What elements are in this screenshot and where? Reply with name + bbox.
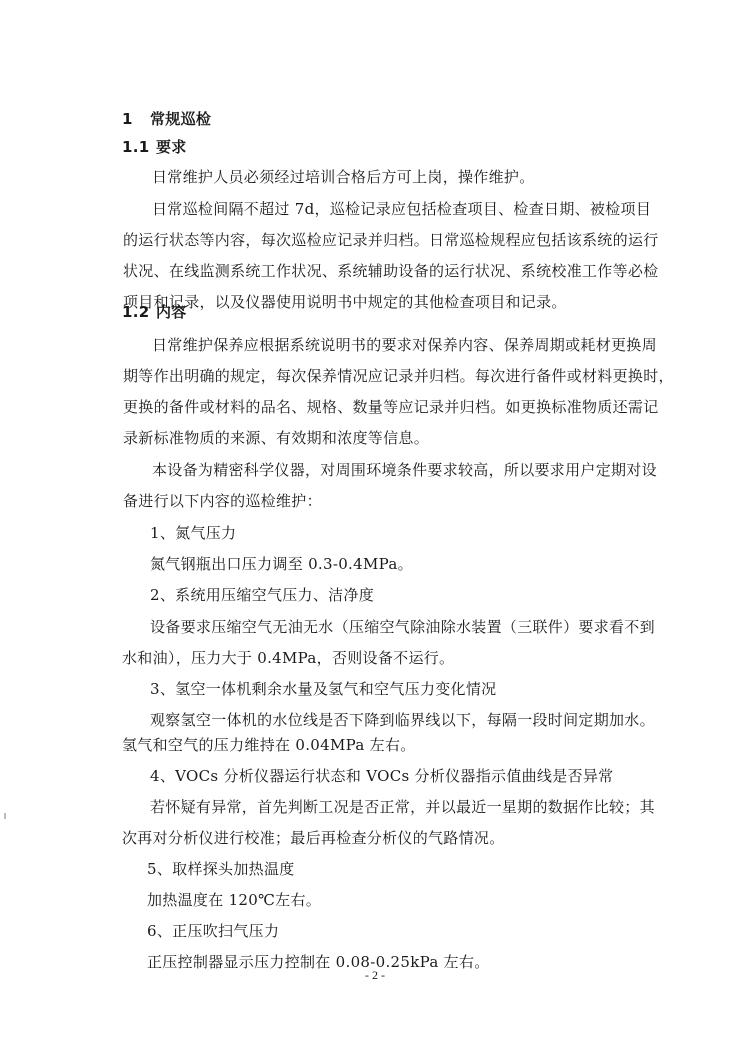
document-page: 1常规巡检 1.1要求 日常维护人员必须经过培训合格后方可上岗，操作维护。 日常… [0,0,750,1061]
paragraph-line: 录新标准物质的来源、有效期和浓度等信息。 [123,429,429,447]
item-text: 氢气和空气的压力维持在 0.04MPa 左右。 [122,736,416,754]
item-heading: 4、VOCs 分析仪器运行状态和 VOCs 分析仪器指示值曲线是否异常 [150,767,613,785]
item-text: 氮气钢瓶出口压力调至 0.3-0.4MPa。 [150,555,413,573]
section-number: 1 [122,110,150,128]
section-heading: 1常规巡检 [122,110,211,128]
paragraph-line: 本设备为精密科学仪器，对周围环境条件要求较高，所以要求用户定期对设 [152,461,635,479]
subsection-number: 1.2 [122,303,156,321]
paragraph-line: 日常维护保养应根据系统说明书的要求对保养内容、保养周期或耗材更换周 [152,336,635,354]
section-title: 常规巡检 [150,110,211,128]
paragraph-line: 备进行以下内容的巡检维护： [123,492,322,510]
subsection-heading-1-1: 1.1要求 [122,138,187,156]
subsection-heading-1-2: 1.2内容 [122,303,187,321]
paragraph-line: 更换的备件或材料的品名、规格、数量等应记录并归档。如更换标准物质还需记 [123,398,635,416]
subsection-title: 内容 [156,303,187,321]
paragraph-line: 项目和记录，以及仪器使用说明书中规定的其他检查项目和记录。 [123,293,567,311]
item-text: 次再对分析仪进行校准；最后再检查分析仪的气路情况。 [122,829,505,847]
item-heading: 1、氮气压力 [150,524,236,542]
paragraph-line: 日常巡检间隔不超过 7d，巡检记录应包括检查项目、检查日期、被检项目 [152,200,635,218]
subsection-number: 1.1 [122,138,156,156]
item-text: 若怀疑有异常，首先判断工况是否正常，并以最近一星期的数据作比较；其 [150,798,635,816]
item-text: 设备要求压缩空气无油无水（压缩空气除油除水装置（三联件）要求看不到 [150,618,635,636]
page-number: - 2 - [0,968,750,983]
paragraph-line: 日常维护人员必须经过培训合格后方可上岗，操作维护。 [152,168,535,186]
item-heading: 5、取样探头加热温度 [147,860,295,878]
subsection-title: 要求 [156,138,187,156]
item-text: 加热温度在 120℃左右。 [147,891,321,909]
paragraph-line: 的运行状态等内容，每次巡检应记录并归档。日常巡检规程应包括该系统的运行 [123,231,635,249]
scan-artifact [4,813,6,819]
paragraph-line: 期等作出明确的规定，每次保养情况应记录并归档。每次进行备件或材料更换时， [123,367,635,385]
item-heading: 2、系统用压缩空气压力、洁净度 [150,586,374,604]
item-text: 观察氢空一体机的水位线是否下降到临界线以下，每隔一段时间定期加水。 [150,711,655,729]
item-heading: 6、正压吹扫气压力 [147,922,279,940]
paragraph-line: 状况、在线监测系统工作状况、系统辅助设备的运行状况、系统校准工作等必检 [123,262,635,280]
item-text: 水和油），压力大于 0.4MPa，否则设备不运行。 [122,649,454,667]
item-heading: 3、氢空一体机剩余水量及氢气和空气压力变化情况 [150,680,496,698]
